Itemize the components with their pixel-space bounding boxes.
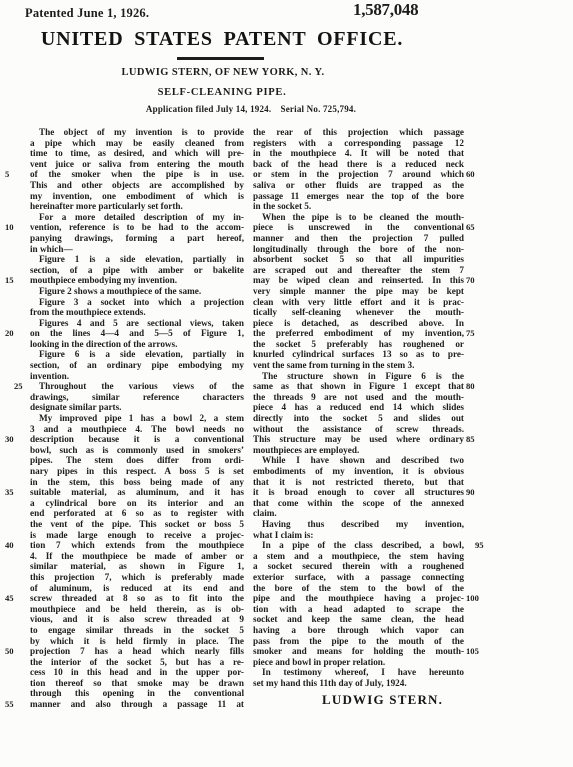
text-line-content: directly into the socket 5 and slides ou… <box>253 413 464 423</box>
text-line: passage 11 emerges near the top of the b… <box>253 191 464 202</box>
text-line-content: tion 7 which extends from the mouthpiece <box>30 540 244 550</box>
text-line: that come within the scope of the annexe… <box>253 498 464 509</box>
text-line-content: tically self-cleaning whenever the mouth… <box>253 307 464 317</box>
text-line-content: cess 10 in this head and in the upper po… <box>30 667 244 677</box>
text-line-content: by which it is held firmly in place. The <box>30 636 244 646</box>
text-line-content: drawings, similar reference characters <box>30 392 244 402</box>
text-line: that it is not restricted thereto, but t… <box>253 477 464 488</box>
text-line: tion with a head adapted to scrape the <box>253 604 464 615</box>
text-line-content: clean with very little effort and it is … <box>253 297 464 307</box>
text-line: In a pipe of the class described, a bowl… <box>253 540 464 551</box>
text-line: tion 7 which extends from the mouthpiece… <box>30 540 244 551</box>
text-line: This structure may be used where ordinar… <box>253 434 464 445</box>
text-line: The structure shown in Figure 6 is the <box>253 371 464 382</box>
text-line-content: Figure 2 shows a mouthpiece of the same. <box>39 286 201 296</box>
text-line-content: without the assistance of screw threads. <box>253 424 464 434</box>
text-line: cess 10 in this head and in the upper po… <box>30 667 244 678</box>
text-line: tion thereof so that smoke may be drawn <box>30 678 244 689</box>
text-line: the bore of the stem to the bowl of the <box>253 583 464 594</box>
text-line-content: time to time, as desired, and which will… <box>30 148 244 158</box>
line-number: 90 <box>466 487 486 498</box>
text-line-content: or stem in the projection 7 around which <box>253 169 464 179</box>
text-line-content: passage 11 emerges near the top of the b… <box>253 191 464 201</box>
text-line-content: In testimony whereof, I have hereunto <box>262 667 464 677</box>
text-line-content: through this opening in the conventional <box>30 688 244 698</box>
line-number: 35 <box>5 487 24 498</box>
line-number: 80 <box>466 381 486 392</box>
text-line: projection 7 has a head which nearly fil… <box>30 646 244 657</box>
text-line-content: exterior surface, with a passage connect… <box>253 572 464 582</box>
text-line-content: end perforated at 6 so as to register wi… <box>30 508 244 518</box>
text-line: by which it is held firmly in place. The <box>30 636 244 647</box>
text-line: Figure 6 is a side elevation, partially … <box>30 349 244 360</box>
line-number: 55 <box>5 699 24 710</box>
text-line: Figure 3 a socket into which a projectio… <box>30 297 244 308</box>
text-line-content: 3 and a mouthpiece 4. The bowl needs no <box>30 424 244 434</box>
text-line-content: registers with a corresponding passage 1… <box>253 138 464 148</box>
text-line: panying drawings, forming a part hereof, <box>30 233 244 244</box>
text-line: smoker and means for holding the mouth-1… <box>253 646 464 657</box>
text-line: similar material, as shown in Figure 1, <box>30 561 244 572</box>
text-line: in which— <box>30 244 244 255</box>
text-line: section, of a pipe with amber or bakelit… <box>30 265 244 276</box>
text-line-content: socket and keep the same clean, the head <box>253 614 464 624</box>
text-line-content: smoker and means for holding the mouth- <box>253 646 464 656</box>
text-line: in the stem, this boss being made of any <box>30 477 244 488</box>
text-line-content: bowl, such as is commonly used in smoker… <box>30 445 244 455</box>
text-line-content: The object of my invention is to provide <box>39 127 244 137</box>
text-line-content: tion with a head adapted to scrape the <box>253 604 464 614</box>
text-line: a stem and a mouthpiece, the stem having <box>253 551 464 562</box>
text-line: a cylindrical bore on its interior and a… <box>30 498 244 509</box>
text-line: mouthpieces are employed. <box>253 445 464 456</box>
text-line-content: vent juice or saliva from entering the m… <box>30 159 244 169</box>
text-line: manner and also through a passage 11 at5… <box>30 699 244 710</box>
text-line: This and other objects are accomplished … <box>30 180 244 191</box>
text-line-content: a cylindrical bore on its interior and a… <box>30 498 244 508</box>
text-line: Figures 4 and 5 are sectional views, tak… <box>30 318 244 329</box>
text-line: When the pipe is to be cleaned the mouth… <box>253 212 464 223</box>
text-line: in the socket 5. <box>253 201 464 212</box>
office-title: UNITED STATES PATENT OFFICE. <box>41 28 403 51</box>
text-line: piece is unscrewed in the conventional65 <box>253 222 464 233</box>
text-line: of aluminum, is reduced at its end and <box>30 583 244 594</box>
text-line: pipe and the mouthpiece having a projec-… <box>253 593 464 604</box>
signature: LUDWIG STERN. <box>322 692 443 708</box>
text-line: 3 and a mouthpiece 4. The bowl needs no <box>30 424 244 435</box>
text-line-content: vent the same from turning in the stem 3… <box>253 360 414 370</box>
text-line: same as that shown in Figure 1 except th… <box>253 381 464 392</box>
text-line: manner and then the projection 7 pulled <box>253 233 464 244</box>
text-line-content: vention, reference is to be had to the a… <box>30 222 244 232</box>
text-line: mouthpiece embodying my invention.15 <box>30 275 244 286</box>
text-line-content: manner and also through a passage 11 at <box>30 699 244 709</box>
text-line: in the mouthpiece 4. It will be noted th… <box>253 148 464 159</box>
text-line: of the smoker when the pipe is in use.5 <box>30 169 244 180</box>
text-line: screw threaded at 8 so as to fit into th… <box>30 593 244 604</box>
text-line: absorbent socket 5 so that all impuritie… <box>253 254 464 265</box>
text-line: socket and keep the same clean, the head <box>253 614 464 625</box>
text-line-content: Figure 3 a socket into which a projectio… <box>39 297 244 307</box>
text-line-content: screw threaded at 8 so as to fit into th… <box>30 593 244 603</box>
text-line-content: Having thus described my invention, <box>262 519 464 529</box>
text-line: without the assistance of screw threads. <box>253 424 464 435</box>
text-line: very simple manner the pipe may be kept <box>253 286 464 297</box>
text-line: may be wiped clean and reinserted. In th… <box>253 275 464 286</box>
text-line: While I have shown and described two <box>253 455 464 466</box>
text-line: back of the head there is a reduced neck <box>253 159 464 170</box>
line-number: 65 <box>466 222 486 233</box>
text-line: vent juice or saliva from entering the m… <box>30 159 244 170</box>
line-number: 50 <box>5 646 24 657</box>
text-line-content: is made large enough to receive a projec… <box>30 530 244 540</box>
text-line: nary pipes in this respect. A boss 5 is … <box>30 466 244 477</box>
text-line-content: mouthpiece and be held therein, as is ob… <box>30 604 244 614</box>
text-line-content: 4. If the mouthpiece be made of amber or <box>30 551 244 561</box>
text-line-content: to engage similar threads in the socket … <box>30 625 244 635</box>
text-line: vent the same from turning in the stem 3… <box>253 360 464 371</box>
text-line-content: from the mouthpiece extends. <box>30 307 146 317</box>
text-line: saliva or other fluids are trapped as th… <box>253 180 464 191</box>
text-line: the threads 9 are not used and the mouth… <box>253 392 464 403</box>
text-line-content: set my hand this 11th day of July, 1924. <box>253 678 407 688</box>
text-line: time to time, as desired, and which will… <box>30 148 244 159</box>
left-text-column: The object of my invention is to provide… <box>30 127 244 710</box>
text-line-content: having a bore through which vapor can <box>253 625 464 635</box>
text-line: bowl, such as is commonly used in smoker… <box>30 445 244 456</box>
text-line-content: mouthpieces are employed. <box>253 445 359 455</box>
text-line-content: nary pipes in this respect. A boss 5 is … <box>30 466 244 476</box>
text-line: from the mouthpiece extends. <box>30 307 244 318</box>
text-line: this projection 7, which is preferably m… <box>30 572 244 583</box>
text-line-content: the socket 5 preferably has roughened or <box>253 339 464 349</box>
text-line-content: The structure shown in Figure 6 is the <box>262 371 464 381</box>
text-line-content: on the lines 4—4 and 5—5 of Figure 1, <box>30 328 244 338</box>
text-line-content: the bore of the stem to the bowl of the <box>253 583 464 593</box>
text-line: vious, and it is also screw threaded at … <box>30 614 244 625</box>
patent-page: Patented June 1, 1926. 1,587,048 UNITED … <box>0 0 573 767</box>
text-line-content: section, of an ordinary pipe embodying m… <box>30 360 244 370</box>
text-line-content: the vent of the pipe. This socket or bos… <box>30 519 244 529</box>
text-line-content: Figure 6 is a side elevation, partially … <box>39 349 244 359</box>
text-line-content: looking in the direction of the arrows. <box>30 339 177 349</box>
text-line-content: knurled cylindrical surfaces 13 so as to… <box>253 349 464 359</box>
text-line-content: absorbent socket 5 so that all impuritie… <box>253 254 464 264</box>
text-line: the preferred embodiment of my invention… <box>253 328 464 339</box>
text-line-content: pipe and the mouthpiece having a projec- <box>253 593 464 603</box>
text-line-content: piece 4 has a reduced end 14 which slide… <box>253 402 464 412</box>
text-line-content: similar material, as shown in Figure 1, <box>30 561 244 571</box>
text-line: are scraped out and thereafter the stem … <box>253 265 464 276</box>
right-text-column: the rear of this projection which passag… <box>253 127 464 688</box>
text-line: what I claim is: <box>253 530 464 541</box>
text-line: drawings, similar reference characters <box>30 392 244 403</box>
text-line-content: pass from the pipe to the mouth of the <box>253 636 464 646</box>
text-line: invention. <box>30 371 244 382</box>
text-line-content: description because it is a conventional <box>30 434 244 444</box>
text-line: piece is detached, as described above. I… <box>253 318 464 329</box>
text-line-content: hereinafter more particularly set forth. <box>30 201 183 211</box>
text-line: The object of my invention is to provide <box>30 127 244 138</box>
text-line: Having thus described my invention, <box>253 519 464 530</box>
text-line-content: panying drawings, forming a part hereof, <box>30 233 244 243</box>
text-line-content: manner and then the projection 7 pulled <box>253 233 464 243</box>
text-line-content: very simple manner the pipe may be kept <box>253 286 464 296</box>
text-line-content: suitable material, as aluminum, and it h… <box>30 487 244 497</box>
text-line: Figure 2 shows a mouthpiece of the same. <box>30 286 244 297</box>
text-line-content: what I claim is: <box>253 530 313 540</box>
text-line-content: Throughout the various views of the <box>39 381 244 391</box>
text-line: the rear of this projection which passag… <box>253 127 464 138</box>
line-number: 100 <box>466 593 486 604</box>
text-line-content: in the stem, this boss being made of any <box>30 477 244 487</box>
text-line: directly into the socket 5 and slides ou… <box>253 413 464 424</box>
text-line: For a more detailed description of my in… <box>30 212 244 223</box>
text-line: set my hand this 11th day of July, 1924. <box>253 678 464 689</box>
patented-date: Patented June 1, 1926. <box>25 6 149 21</box>
line-number: 70 <box>466 275 486 286</box>
text-line: or stem in the projection 7 around which… <box>253 169 464 180</box>
text-line: it is broad enough to cover all structur… <box>253 487 464 498</box>
text-line: the vent of the pipe. This socket or bos… <box>30 519 244 530</box>
application-line: Application filed July 14, 1924. Serial … <box>146 104 356 114</box>
text-line-content: longitudinally through the bore of the n… <box>253 244 464 254</box>
text-line: on the lines 4—4 and 5—5 of Figure 1,20 <box>30 328 244 339</box>
text-line: is made large enough to receive a projec… <box>30 530 244 541</box>
text-line: tically self-cleaning whenever the mouth… <box>253 307 464 318</box>
text-line: description because it is a conventional… <box>30 434 244 445</box>
text-line: clean with very little effort and it is … <box>253 297 464 308</box>
line-number: 105 <box>466 646 486 657</box>
text-line: exterior surface, with a passage connect… <box>253 572 464 583</box>
text-line-content: vious, and it is also screw threaded at … <box>30 614 244 624</box>
text-line: suitable material, as aluminum, and it h… <box>30 487 244 498</box>
text-line: pass from the pipe to the mouth of the <box>253 636 464 647</box>
text-line: pipes. The stem does differ from ordi- <box>30 455 244 466</box>
line-number: 85 <box>466 434 486 445</box>
text-line: My improved pipe 1 has a bowl 2, a stem <box>30 413 244 424</box>
text-line: longitudinally through the bore of the n… <box>253 244 464 255</box>
line-number: 40 <box>5 540 24 551</box>
text-line-content: my invention, one embodiment of which is <box>30 191 244 201</box>
text-line: to engage similar threads in the socket … <box>30 625 244 636</box>
text-line-content: in which— <box>30 244 73 254</box>
text-line-content: of aluminum, is reduced at its end and <box>30 583 244 593</box>
text-line: looking in the direction of the arrows. <box>30 339 244 350</box>
text-line: the interior of the socket 5, but has a … <box>30 657 244 668</box>
text-line-content: a socket secured therein with a roughene… <box>253 561 464 571</box>
text-line-content: In a pipe of the class described, a bowl… <box>262 540 464 550</box>
text-line-content: My improved pipe 1 has a bowl 2, a stem <box>39 413 244 423</box>
text-line: designate similar parts. <box>30 402 244 413</box>
text-line-content: designate similar parts. <box>30 402 121 412</box>
text-line: piece 4 has a reduced end 14 which slide… <box>253 402 464 413</box>
text-line: Throughout the various views of the25 <box>30 381 244 392</box>
text-line: embodiments of my invention, it is obvio… <box>253 466 464 477</box>
line-number: 25 <box>5 381 24 392</box>
text-line-content: claim. <box>253 508 277 518</box>
invention-title: SELF-CLEANING PIPE. <box>158 87 287 98</box>
line-number: 75 <box>466 328 486 339</box>
text-line-content: a pipe which may be easily cleaned from <box>30 138 244 148</box>
line-number: 45 <box>5 593 24 604</box>
text-line-content: a stem and a mouthpiece, the stem having <box>253 551 464 561</box>
text-line-content: in the socket 5. <box>253 201 311 211</box>
text-line-content: it is broad enough to cover all structur… <box>253 487 464 497</box>
line-number: 20 <box>5 328 24 339</box>
text-line: knurled cylindrical surfaces 13 so as to… <box>253 349 464 360</box>
line-number: 15 <box>5 275 24 286</box>
text-line: hereinafter more particularly set forth. <box>30 201 244 212</box>
text-line-content: piece is detached, as described above. I… <box>253 318 464 328</box>
text-line-content: back of the head there is a reduced neck <box>253 159 464 169</box>
text-line-content: projection 7 has a head which nearly fil… <box>30 646 244 656</box>
text-line-content: the preferred embodiment of my invention… <box>253 328 464 338</box>
text-line-content: piece and bowl in proper relation. <box>253 657 385 667</box>
text-line: claim. <box>253 508 464 519</box>
line-number: 60 <box>466 169 486 180</box>
line-number: 95 <box>466 540 486 551</box>
text-line: my invention, one embodiment of which is <box>30 191 244 202</box>
text-line-content: the threads 9 are not used and the mouth… <box>253 392 464 402</box>
text-line: vention, reference is to be had to the a… <box>30 222 244 233</box>
text-line-content: This structure may be used where ordinar… <box>253 434 464 444</box>
text-line-content: section, of a pipe with amber or bakelit… <box>30 265 244 275</box>
text-line: In testimony whereof, I have hereunto <box>253 667 464 678</box>
line-number: 5 <box>5 169 24 180</box>
text-line-content: tion thereof so that smoke may be drawn <box>30 678 244 688</box>
text-line-content: embodiments of my invention, it is obvio… <box>253 466 464 476</box>
text-line-content: that it is not restricted thereto, but t… <box>253 477 464 487</box>
title-divider <box>177 57 264 60</box>
text-line-content: Figure 1 is a side elevation, partially … <box>39 254 244 264</box>
text-line-content: This and other objects are accomplished … <box>30 180 244 190</box>
text-line: a socket secured therein with a roughene… <box>253 561 464 572</box>
text-line: the socket 5 preferably has roughened or <box>253 339 464 350</box>
text-line: having a bore through which vapor can <box>253 625 464 636</box>
text-line: mouthpiece and be held therein, as is ob… <box>30 604 244 615</box>
text-line-content: of the smoker when the pipe is in use. <box>30 169 244 179</box>
text-line: end perforated at 6 so as to register wi… <box>30 508 244 519</box>
text-line-content: same as that shown in Figure 1 except th… <box>253 381 464 391</box>
text-line-content: When the pipe is to be cleaned the mouth… <box>262 212 464 222</box>
text-line-content: saliva or other fluids are trapped as th… <box>253 180 464 190</box>
text-line-content: invention. <box>30 371 69 381</box>
text-line: piece and bowl in proper relation. <box>253 657 464 668</box>
line-number: 10 <box>5 222 24 233</box>
text-line-content: While I have shown and described two <box>262 455 464 465</box>
text-line-content: pipes. The stem does differ from ordi- <box>30 455 244 465</box>
text-line: 4. If the mouthpiece be made of amber or <box>30 551 244 562</box>
text-line-content: mouthpiece embodying my invention. <box>30 275 177 285</box>
text-line-content: the rear of this projection which passag… <box>253 127 464 137</box>
text-line-content: may be wiped clean and reinserted. In th… <box>253 275 464 285</box>
text-line-content: are scraped out and thereafter the stem … <box>253 265 464 275</box>
patent-number: 1,587,048 <box>353 0 418 20</box>
inventor-line: LUDWIG STERN, OF NEW YORK, N. Y. <box>122 67 325 78</box>
text-line-content: For a more detailed description of my in… <box>39 212 244 222</box>
text-line: Figure 1 is a side elevation, partially … <box>30 254 244 265</box>
text-line: registers with a corresponding passage 1… <box>253 138 464 149</box>
text-line-content: this projection 7, which is preferably m… <box>30 572 244 582</box>
text-line-content: the interior of the socket 5, but has a … <box>30 657 244 667</box>
text-line: through this opening in the conventional <box>30 688 244 699</box>
text-line-content: Figures 4 and 5 are sectional views, tak… <box>39 318 244 328</box>
text-line: a pipe which may be easily cleaned from <box>30 138 244 149</box>
text-line-content: piece is unscrewed in the conventional <box>253 222 464 232</box>
text-line-content: in the mouthpiece 4. It will be noted th… <box>253 148 464 158</box>
text-line-content: that come within the scope of the annexe… <box>253 498 464 508</box>
text-line: section, of an ordinary pipe embodying m… <box>30 360 244 371</box>
line-number: 30 <box>5 434 24 445</box>
